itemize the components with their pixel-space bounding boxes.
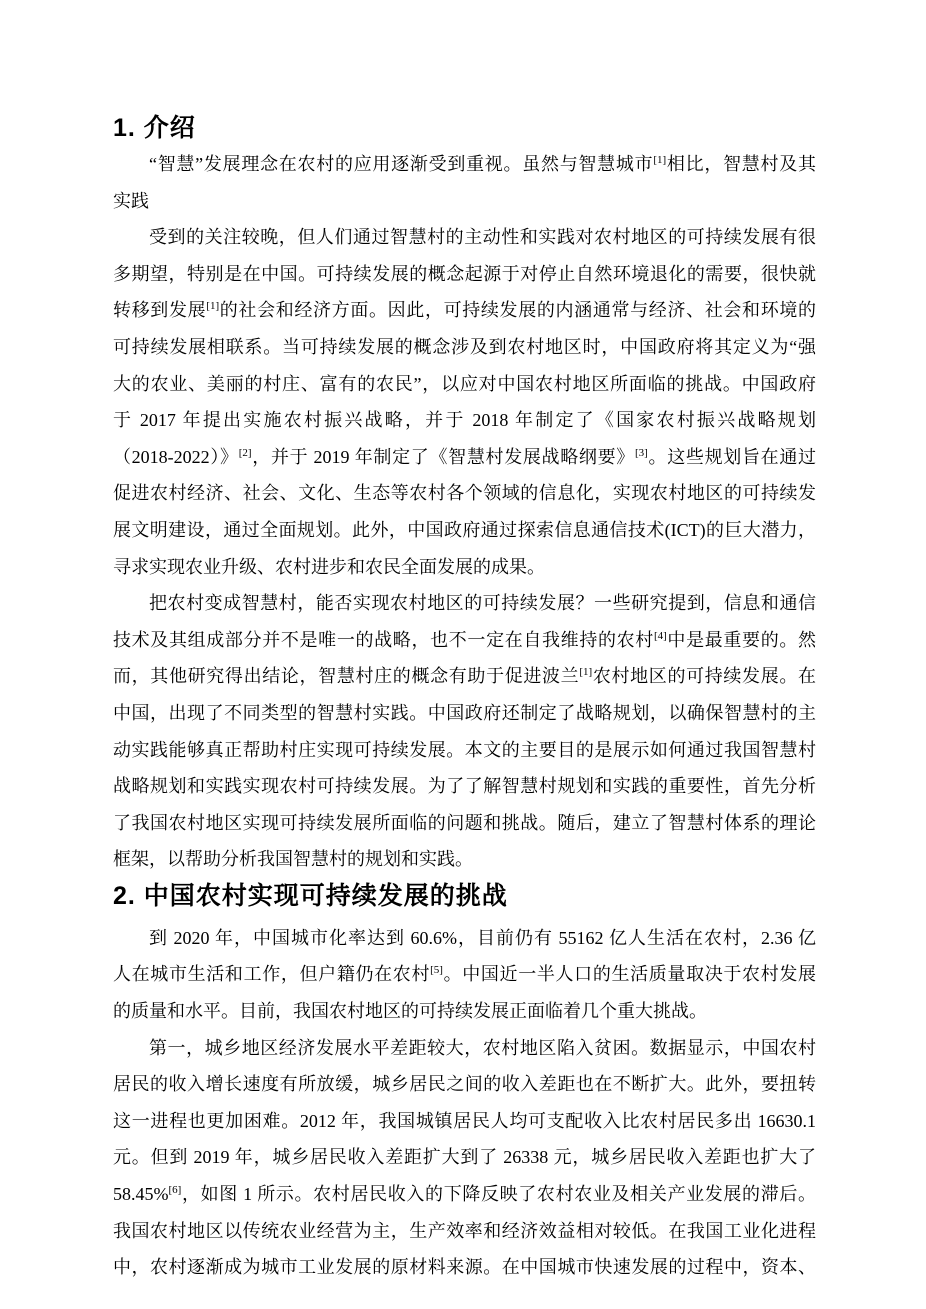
text-segment: 战略规划和实践实现农村可持续发展。为了了解智慧村规划和实践的重要性，首先分析 (113, 776, 816, 796)
text-line: 动实践能够真正帮助村庄实现可持续发展。本文的主要目的是展示如何通过我国智慧村 (113, 732, 816, 769)
text-line: 到 2020 年，中国城市化率达到 60.6%，目前仍有 55162 亿人生活在… (113, 920, 816, 957)
text-segment: 相比，智慧村及其 (666, 154, 816, 174)
text-segment: 这一进程也更加困难。2012 年，我国城镇居民人均可支配收入比农村居民多出 16… (113, 1111, 816, 1131)
text-line: 框架，以帮助分析我国智慧村的规划和实践。 (113, 841, 816, 878)
text-segment: 了我国农村地区实现可持续发展所面临的问题和挑战。随后，建立了智慧村体系的理论 (113, 813, 816, 833)
text-segment: 框架，以帮助分析我国智慧村的规划和实践。 (113, 849, 473, 869)
text-segment: 大的农业、美丽的村庄、富有的农民”，以应对中国农村地区所面临的挑战。中国政府 (113, 374, 816, 394)
text-segment: （2018-2022）》 (113, 447, 239, 467)
text-segment: 。这些规划旨在通过 (648, 447, 816, 467)
text-line: 中，农村逐渐成为城市工业发展的原材料来源。在中国城市快速发展的过程中，资本、 (113, 1249, 816, 1286)
text-line: 这一进程也更加困难。2012 年，我国城镇居民人均可支配收入比农村居民多出 16… (113, 1103, 816, 1140)
text-line: 了我国农村地区实现可持续发展所面临的问题和挑战。随后，建立了智慧村体系的理论 (113, 805, 816, 842)
text-segment: 元。但到 2019 年，城乡居民收入差距扩大到了 26338 元，城乡居民收入差… (113, 1147, 816, 1167)
text-segment: 可持续发展相联系。当可持续发展的概念涉及到农村地区时，中国政府将其定义为“强 (113, 337, 816, 357)
text-line: 于 2017 年提出实施农村振兴战略，并于 2018 年制定了《国家农村振兴战略… (113, 402, 816, 439)
paragraph: “智慧”发展理念在农村的应用逐渐受到重视。虽然与智慧城市[1]相比，智慧村及其实… (113, 146, 816, 219)
footnote-reference: [1] (579, 666, 592, 678)
text-segment: 展文明建设，通过全面规划。此外，中国政府通过探索信息通信技术(ICT)的巨大潜力… (113, 520, 816, 540)
footnote-reference: [4] (654, 630, 667, 642)
footnote-reference: [5] (430, 964, 443, 976)
text-segment: 人在城市生活和工作，但户籍仍在农村 (113, 964, 430, 984)
document-page: 1. 介绍“智慧”发展理念在农村的应用逐渐受到重视。虽然与智慧城市[1]相比，智… (0, 0, 926, 1309)
footnote-reference: [1] (206, 300, 219, 312)
text-line: 战略规划和实践实现农村可持续发展。为了了解智慧村规划和实践的重要性，首先分析 (113, 768, 816, 805)
text-segment: 第一，城乡地区经济发展水平差距较大，农村地区陷入贫困。数据显示，中国农村 (149, 1038, 816, 1058)
paragraph: 受到的关注较晚，但人们通过智慧村的主动性和实践对农村地区的可持续发展有很多期望，… (113, 219, 816, 585)
text-segment: 把农村变成智慧村，能否实现农村地区的可持续发展？一些研究提到，信息和通信 (149, 593, 816, 613)
text-line: 把农村变成智慧村，能否实现农村地区的可持续发展？一些研究提到，信息和通信 (113, 585, 816, 622)
text-segment: 寻求实现农业升级、农村进步和农民全面发展的成果。 (113, 557, 545, 577)
footnote-reference: [3] (635, 447, 648, 459)
text-segment: “智慧”发展理念在农村的应用逐渐受到重视。虽然与智慧城市 (149, 154, 653, 174)
text-line: “智慧”发展理念在农村的应用逐渐受到重视。虽然与智慧城市[1]相比，智慧村及其 (113, 146, 816, 183)
text-segment: 我国农村地区以传统农业经营为主，生产效率和经济效益相对较低。在我国工业化进程 (113, 1221, 816, 1241)
text-line: 展文明建设，通过全面规划。此外，中国政府通过探索信息通信技术(ICT)的巨大潜力… (113, 512, 816, 549)
text-segment: 实践 (113, 191, 149, 211)
text-line: 促进农村经济、社会、文化、生态等农村各个领域的信息化，实现农村地区的可持续发 (113, 475, 816, 512)
text-segment: 技术及其组成部分并不是唯一的战略，也不一定在自我维持的农村 (113, 630, 654, 650)
text-line: 我国农村地区以传统农业经营为主，生产效率和经济效益相对较低。在我国工业化进程 (113, 1213, 816, 1250)
paragraph: 把农村变成智慧村，能否实现农村地区的可持续发展？一些研究提到，信息和通信技术及其… (113, 585, 816, 878)
text-line: （2018-2022）》[2]，并于 2019 年制定了《智慧村发展战略纲要》[… (113, 439, 816, 476)
text-segment: 农村地区的可持续发展。在 (592, 666, 816, 686)
text-segment: 居民的收入增长速度有所放缓，城乡居民之间的收入差距也在不断扩大。此外，要扭转 (113, 1074, 816, 1094)
text-line: 元。但到 2019 年，城乡居民收入差距扩大到了 26338 元，城乡居民收入差… (113, 1139, 816, 1176)
text-line: 技术及其组成部分并不是唯一的战略，也不一定在自我维持的农村[4]中是最重要的。然 (113, 622, 816, 659)
text-segment: 受到的关注较晚，但人们通过智慧村的主动性和实践对农村地区的可持续发展有很 (149, 227, 816, 247)
section-heading: 2. 中国农村实现可持续发展的挑战 (113, 878, 816, 914)
section-heading: 1. 介绍 (113, 110, 816, 146)
text-line: 转移到发展[1]的社会和经济方面。因此，可持续发展的内涵通常与经济、社会和环境的 (113, 292, 816, 329)
text-line: 而，其他研究得出结论，智慧村庄的概念有助于促进波兰[1]农村地区的可持续发展。在 (113, 658, 816, 695)
footnote-reference: [6] (169, 1184, 182, 1196)
text-segment: 的社会和经济方面。因此，可持续发展的内涵通常与经济、社会和环境的 (219, 300, 816, 320)
text-segment: 多期望，特别是在中国。可持续发展的概念起源于对停止自然环境退化的需要，很快就 (113, 264, 816, 284)
text-segment: 到 2020 年，中国城市化率达到 60.6%，目前仍有 55162 亿人生活在… (149, 928, 816, 948)
text-line: 实践 (113, 183, 816, 220)
text-segment: ，并于 2019 年制定了《智慧村发展战略纲要》 (252, 447, 635, 467)
text-segment: 促进农村经济、社会、文化、生态等农村各个领域的信息化，实现农村地区的可持续发 (113, 483, 816, 503)
text-line: 受到的关注较晚，但人们通过智慧村的主动性和实践对农村地区的可持续发展有很 (113, 219, 816, 256)
text-line: 第一，城乡地区经济发展水平差距较大，农村地区陷入贫困。数据显示，中国农村 (113, 1030, 816, 1067)
footnote-reference: [1] (653, 154, 666, 166)
text-segment: 中国，出现了不同类型的智慧村实践。中国政府还制定了战略规划，以确保智慧村的主 (113, 703, 816, 723)
document-body: 1. 介绍“智慧”发展理念在农村的应用逐渐受到重视。虽然与智慧城市[1]相比，智… (113, 110, 816, 1286)
text-segment: 58.45% (113, 1184, 169, 1204)
text-line: 可持续发展相联系。当可持续发展的概念涉及到农村地区时，中国政府将其定义为“强 (113, 329, 816, 366)
text-segment: ，如图 1 所示。农村居民收入的下降反映了农村农业及相关产业发展的滞后。 (181, 1184, 816, 1204)
text-segment: 而，其他研究得出结论，智慧村庄的概念有助于促进波兰 (113, 666, 579, 686)
text-segment: 于 2017 年提出实施农村振兴战略，并于 2018 年制定了《国家农村振兴战略… (113, 410, 816, 430)
text-line: 寻求实现农业升级、农村进步和农民全面发展的成果。 (113, 549, 816, 586)
text-segment: 的质量和水平。目前，我国农村地区的可持续发展正面临着几个重大挑战。 (113, 1001, 707, 1021)
text-segment: 。中国近一半人口的生活质量取决于农村发展 (443, 964, 816, 984)
text-line: 58.45%[6]，如图 1 所示。农村居民收入的下降反映了农村农业及相关产业发… (113, 1176, 816, 1213)
text-line: 大的农业、美丽的村庄、富有的农民”，以应对中国农村地区所面临的挑战。中国政府 (113, 366, 816, 403)
text-segment: 转移到发展 (113, 300, 206, 320)
text-line: 居民的收入增长速度有所放缓，城乡居民之间的收入差距也在不断扩大。此外，要扭转 (113, 1066, 816, 1103)
text-segment: 中是最重要的。然 (667, 630, 816, 650)
text-line: 多期望，特别是在中国。可持续发展的概念起源于对停止自然环境退化的需要，很快就 (113, 256, 816, 293)
footnote-reference: [2] (239, 447, 252, 459)
paragraph: 第一，城乡地区经济发展水平差距较大，农村地区陷入贫困。数据显示，中国农村居民的收… (113, 1030, 816, 1286)
text-segment: 动实践能够真正帮助村庄实现可持续发展。本文的主要目的是展示如何通过我国智慧村 (113, 740, 816, 760)
text-segment: 中，农村逐渐成为城市工业发展的原材料来源。在中国城市快速发展的过程中，资本、 (113, 1257, 816, 1277)
text-line: 人在城市生活和工作，但户籍仍在农村[5]。中国近一半人口的生活质量取决于农村发展 (113, 956, 816, 993)
paragraph: 到 2020 年，中国城市化率达到 60.6%，目前仍有 55162 亿人生活在… (113, 920, 816, 1030)
text-line: 中国，出现了不同类型的智慧村实践。中国政府还制定了战略规划，以确保智慧村的主 (113, 695, 816, 732)
text-line: 的质量和水平。目前，我国农村地区的可持续发展正面临着几个重大挑战。 (113, 993, 816, 1030)
